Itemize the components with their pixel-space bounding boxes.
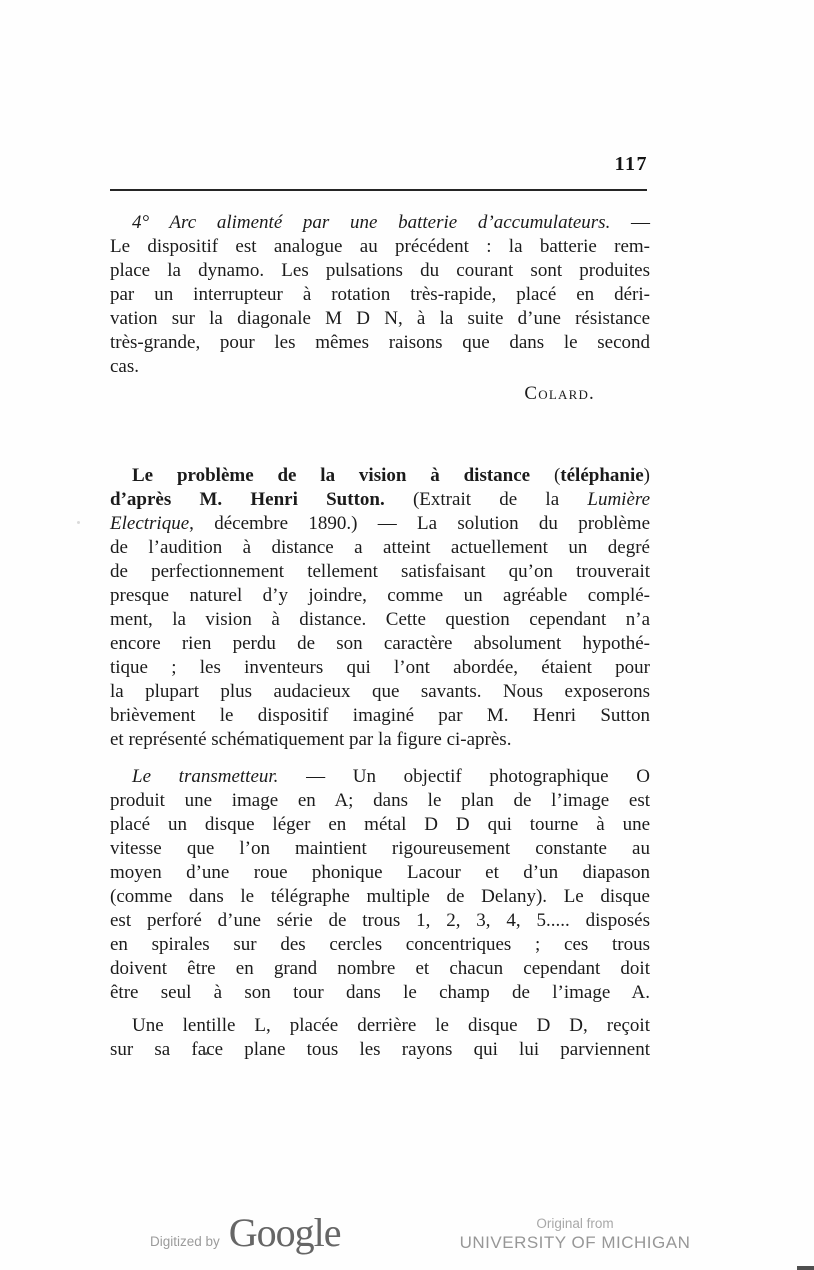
text-line: doivent être en grand nombre et chacun c… [110,957,650,981]
scan-speck [205,1052,208,1055]
digitized-by-label: Digitized by [150,1234,220,1249]
text-line: sur sa face plane tous les rayons qui lu… [110,1038,650,1062]
text-line: produit une image en A; dans le plan de … [110,789,650,813]
signature: Colard. [110,382,650,406]
text-line: vitesse que l’on maintient rigoureusemen… [110,837,650,861]
text-column: 4° Arc alimenté par une batterie d’accum… [110,211,650,1062]
text-line: être seul à son tour dans le champ de l’… [110,981,650,1005]
text-line: cas. [110,355,650,379]
text-line: et représenté schématiquement par la fig… [110,728,650,752]
text-line: vation sur la diagonale M D N, à la suit… [110,307,650,331]
text-line: de perfectionnement tellement satisfaisa… [110,560,650,584]
para-vision: Le problème de la vision à distance (tél… [110,464,650,752]
scanned-book-page: 117 4° Arc alimenté par une batterie d’a… [0,0,814,1270]
text-line: d’après M. Henri Sutton. (Extrait de la … [110,488,650,512]
text-line: la plupart plus audacieux que savants. N… [110,680,650,704]
original-from-label: Original from [455,1216,695,1232]
para-transmetteur: Le transmetteur. — Un objectif photograp… [110,765,650,1005]
text-line: Colard. [110,382,650,406]
header-rule [110,189,647,191]
text-line: ment, la vision à distance. Cette questi… [110,608,650,632]
text-line: encore rien perdu de son caractère absol… [110,632,650,656]
page-number: 117 [600,153,648,176]
text-line: (comme dans le télégraphe multiple de De… [110,885,650,909]
text-line: de l’audition à distance a atteint actue… [110,536,650,560]
text-line: Le dispositif est analogue au précédent … [110,235,650,259]
text-line: brièvement le dispositif imaginé par M. … [110,704,650,728]
text-line: Electrique, décembre 1890.) — La solutio… [110,512,650,536]
text-line: très-grande, pour les mêmes raisons que … [110,331,650,355]
footer-provenance: Original from UNIVERSITY OF MICHIGAN [455,1216,695,1253]
text-line: est perforé d’une série de trous 1, 2, 3… [110,909,650,933]
institution-label: UNIVERSITY OF MICHIGAN [455,1232,695,1253]
text-line: tique ; les inventeurs qui l’ont abordée… [110,656,650,680]
scan-artifact-corner [797,1266,814,1270]
text-line: place la dynamo. Les pulsations du coura… [110,259,650,283]
text-line: Le problème de la vision à distance (tél… [110,464,650,488]
text-line: en spirales sur des cercles concentrique… [110,933,650,957]
text-line: moyen d’une roue phonique Lacour et d’un… [110,861,650,885]
text-line: Une lentille L, placée derrière le disqu… [110,1014,650,1038]
text-line: Le transmetteur. — Un objectif photograp… [110,765,650,789]
para-colard: 4° Arc alimenté par une batterie d’accum… [110,211,650,379]
scan-speck [77,521,80,524]
text-line: placé un disque léger en métal D D qui t… [110,813,650,837]
google-logo: Google [229,1213,341,1253]
text-line: par un interrupteur à rotation très-rapi… [110,283,650,307]
text-line: presque naturel d’y joindre, comme un ag… [110,584,650,608]
footer-digitized: Digitized by Google [150,1213,341,1253]
para-lentille: Une lentille L, placée derrière le disqu… [110,1014,650,1062]
text-line: 4° Arc alimenté par une batterie d’accum… [110,211,650,235]
